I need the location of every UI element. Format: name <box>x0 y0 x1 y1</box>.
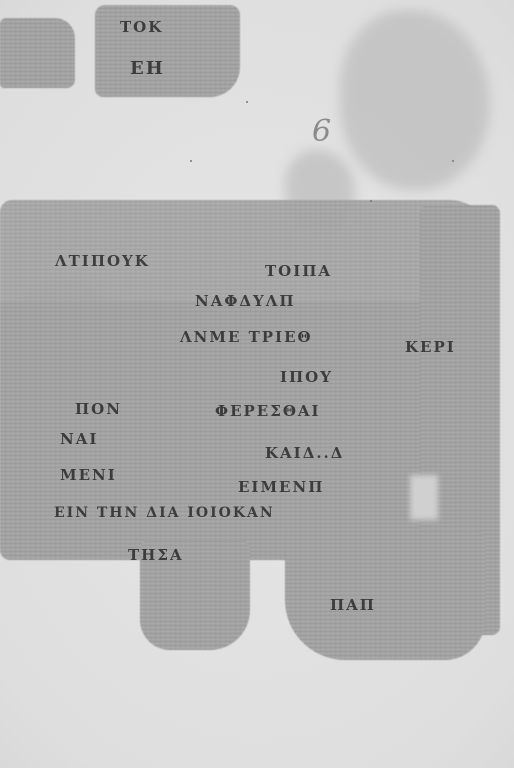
gap <box>410 475 438 520</box>
text-line: ΝΑΦΔΥΛΠ <box>195 292 296 310</box>
handwritten-numeral: 6 <box>312 114 331 149</box>
text-line: ΠΟΝ <box>75 400 122 418</box>
dust-speck <box>246 101 248 103</box>
text-line: ΤΟΙΠΑ <box>265 262 332 280</box>
dust-speck <box>190 160 192 162</box>
water-stain <box>340 10 490 190</box>
papyrus-fragment <box>0 18 75 88</box>
papyrus-fragment <box>95 5 240 97</box>
text-line: ΚΕΡΙ <box>405 338 456 356</box>
text-line: ΕΙΜΕΝΠ <box>238 478 324 496</box>
text-line: ΠΑΠ <box>330 596 376 614</box>
dust-speck <box>370 200 372 202</box>
text-line: ΛΤΙΠΟΥΚ <box>55 252 150 270</box>
text-line: ΝΑΙ <box>60 430 98 448</box>
top-text-line: ΕΗ <box>130 58 165 79</box>
text-line: ΜΕΝΙ <box>60 466 117 484</box>
text-line: ΕΙΝ ΤΗΝ ΔΙΑ ΙΟΙΟΚΑΝ <box>54 505 275 521</box>
dust-speck <box>452 160 454 162</box>
text-line: ΙΠΟΥ <box>280 368 333 386</box>
top-text-line: ΤΟΚ <box>120 18 163 36</box>
text-line: ΚΑΙΔ..Δ <box>265 444 344 462</box>
papyrus-photo: ΤΟΚ ΕΗ ΛΤΙΠΟΥΚ ΤΟΙΠΑ ΝΑΦΔΥΛΠ ΛΝΜΕ ΤΡΙΕΘ … <box>0 0 514 768</box>
text-line: ΦΕΡΕΣΘΑΙ <box>215 402 321 420</box>
text-line: ΤΗΣΑ <box>128 546 184 564</box>
text-line: ΛΝΜΕ ΤΡΙΕΘ <box>180 328 313 346</box>
papyrus-fragment-lower <box>285 530 485 660</box>
